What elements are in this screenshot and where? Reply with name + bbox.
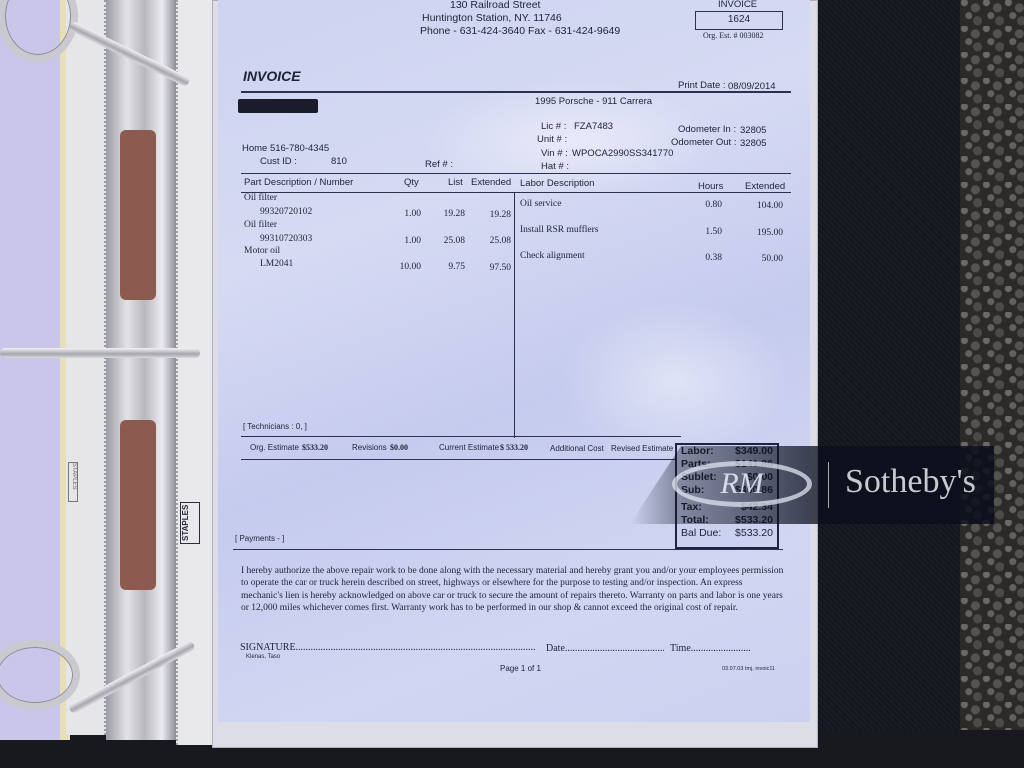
table-header-rule bbox=[241, 192, 791, 193]
part-list: 25.08 bbox=[430, 236, 465, 246]
shop-phone-fax: Phone - 631-424-3640 Fax - 631-424-9649 bbox=[420, 25, 620, 37]
revised-estimate-label: Revised Estimate bbox=[611, 444, 673, 453]
current-estimate-label: Current Estimate bbox=[439, 443, 499, 452]
unit-label: Unit # : bbox=[537, 134, 567, 145]
part-number: 99310720303 bbox=[260, 234, 312, 244]
invoice-title: INVOICE bbox=[243, 68, 301, 84]
labor-header-hours: Hours bbox=[698, 181, 723, 192]
time-line: Time......................... bbox=[670, 643, 750, 654]
parts-header-list: List bbox=[448, 177, 463, 188]
sheet-protector-left bbox=[66, 0, 106, 735]
labor-extended: 195.00 bbox=[740, 228, 783, 238]
sothebys-wordmark: Sotheby's bbox=[845, 463, 976, 501]
parts-header-qty: Qty bbox=[404, 177, 419, 188]
vin-value: WPOCA2990SS341770 bbox=[572, 148, 673, 159]
spine-plate-bottom bbox=[120, 420, 156, 590]
part-extended: 25.08 bbox=[475, 236, 511, 246]
binder-cover bbox=[812, 0, 972, 768]
date-line: Date....................................… bbox=[546, 643, 664, 654]
org-estimate-value: $533.20 bbox=[302, 443, 328, 452]
invoice-box-label: INVOICE bbox=[718, 0, 757, 10]
part-list: 19.28 bbox=[430, 209, 465, 219]
part-qty: 10.00 bbox=[380, 262, 421, 272]
writer-name: Klenas, Taso bbox=[246, 654, 280, 660]
labor-extended: 104.00 bbox=[740, 201, 783, 211]
labor-description: Install RSR mufflers bbox=[520, 225, 598, 235]
table-column-divider bbox=[514, 193, 515, 438]
cust-id-label: Cust ID : bbox=[260, 156, 297, 167]
org-estimate-label: Org. Estimate bbox=[250, 443, 299, 452]
binder-spine bbox=[106, 0, 176, 740]
technicians: [ Technicians : 0, ] bbox=[243, 422, 307, 431]
org-estimate-number: Org. Est. # 003082 bbox=[703, 31, 764, 40]
rm-logo: RM bbox=[672, 461, 812, 507]
labor-header-description: Labor Description bbox=[520, 178, 594, 189]
spine-plate-top bbox=[120, 130, 156, 300]
part-qty: 1.00 bbox=[380, 209, 421, 219]
parts-header-description: Part Description / Number bbox=[244, 177, 353, 188]
totals-row-balance-due: Bal Due:$533.20 bbox=[677, 527, 777, 540]
form-code: 03.07.03 tmj, invoic11 bbox=[722, 666, 775, 672]
print-date-label: Print Date : bbox=[678, 80, 726, 91]
part-description: Oil filter bbox=[244, 193, 277, 203]
lic-label: Lic # : bbox=[541, 121, 566, 132]
revisions-value: $0.00 bbox=[390, 443, 408, 452]
payments-rule bbox=[233, 549, 783, 550]
part-list: 9.75 bbox=[430, 262, 465, 272]
table-top-rule bbox=[241, 173, 791, 174]
staples-label: STAPLES bbox=[180, 502, 200, 544]
part-number: LM2041 bbox=[260, 259, 293, 269]
staples-label-small: STAPLES bbox=[68, 462, 78, 502]
odometer-out: 32805 bbox=[740, 138, 766, 149]
header-rule bbox=[241, 91, 791, 93]
hat-label: Hat # : bbox=[541, 161, 569, 172]
labor-hours: 0.80 bbox=[690, 200, 722, 210]
part-number: 99320720102 bbox=[260, 207, 312, 217]
shop-street: 130 Railroad Street bbox=[450, 0, 540, 11]
part-description: Oil filter bbox=[244, 220, 277, 230]
labor-description: Check alignment bbox=[520, 251, 585, 261]
revisions-label: Revisions bbox=[352, 443, 387, 452]
labor-hours: 1.50 bbox=[690, 227, 722, 237]
watermark-divider bbox=[828, 462, 829, 508]
current-estimate-value: $ 533.20 bbox=[500, 443, 528, 452]
customer-name-redacted bbox=[238, 99, 318, 113]
estimate-top-rule bbox=[241, 436, 681, 437]
authorization-text: I hereby authorize the above repair work… bbox=[241, 565, 786, 614]
customer-home-phone: Home 516-780-4345 bbox=[242, 143, 329, 154]
part-description: Motor oil bbox=[244, 246, 280, 256]
odometer-in-label: Odometer In : bbox=[678, 124, 736, 135]
lic-value: FZA7483 bbox=[574, 121, 613, 132]
odometer-in: 32805 bbox=[740, 125, 766, 136]
ref-label: Ref # : bbox=[425, 159, 453, 170]
vehicle-description: 1995 Porsche - 911 Carrera bbox=[535, 96, 652, 107]
labor-header-extended: Extended bbox=[745, 181, 785, 192]
invoice-number: 1624 bbox=[695, 11, 783, 30]
additional-cost-label: Additional Cost bbox=[550, 444, 604, 453]
page-number: Page 1 of 1 bbox=[500, 664, 541, 673]
estimate-bottom-rule bbox=[241, 459, 675, 460]
odometer-out-label: Odometer Out : bbox=[671, 137, 736, 148]
part-extended: 97.50 bbox=[475, 263, 511, 273]
labor-description: Oil service bbox=[520, 199, 561, 209]
part-extended: 19.28 bbox=[475, 210, 511, 220]
vin-label: Vin # : bbox=[541, 148, 568, 159]
parts-header-extended: Extended bbox=[471, 177, 511, 188]
labor-hours: 0.38 bbox=[690, 253, 722, 263]
cust-id: 810 bbox=[331, 156, 347, 167]
labor-extended: 50.00 bbox=[740, 254, 783, 264]
left-page bbox=[0, 0, 62, 740]
payments: [ Payments - ] bbox=[235, 534, 284, 543]
granite-surface bbox=[960, 0, 1024, 768]
part-qty: 1.00 bbox=[380, 236, 421, 246]
signature-line: SIGNATURE...............................… bbox=[240, 642, 535, 653]
shop-city: Huntington Station, NY. 11746 bbox=[422, 12, 562, 24]
binder-ring-middle[interactable] bbox=[0, 348, 200, 358]
